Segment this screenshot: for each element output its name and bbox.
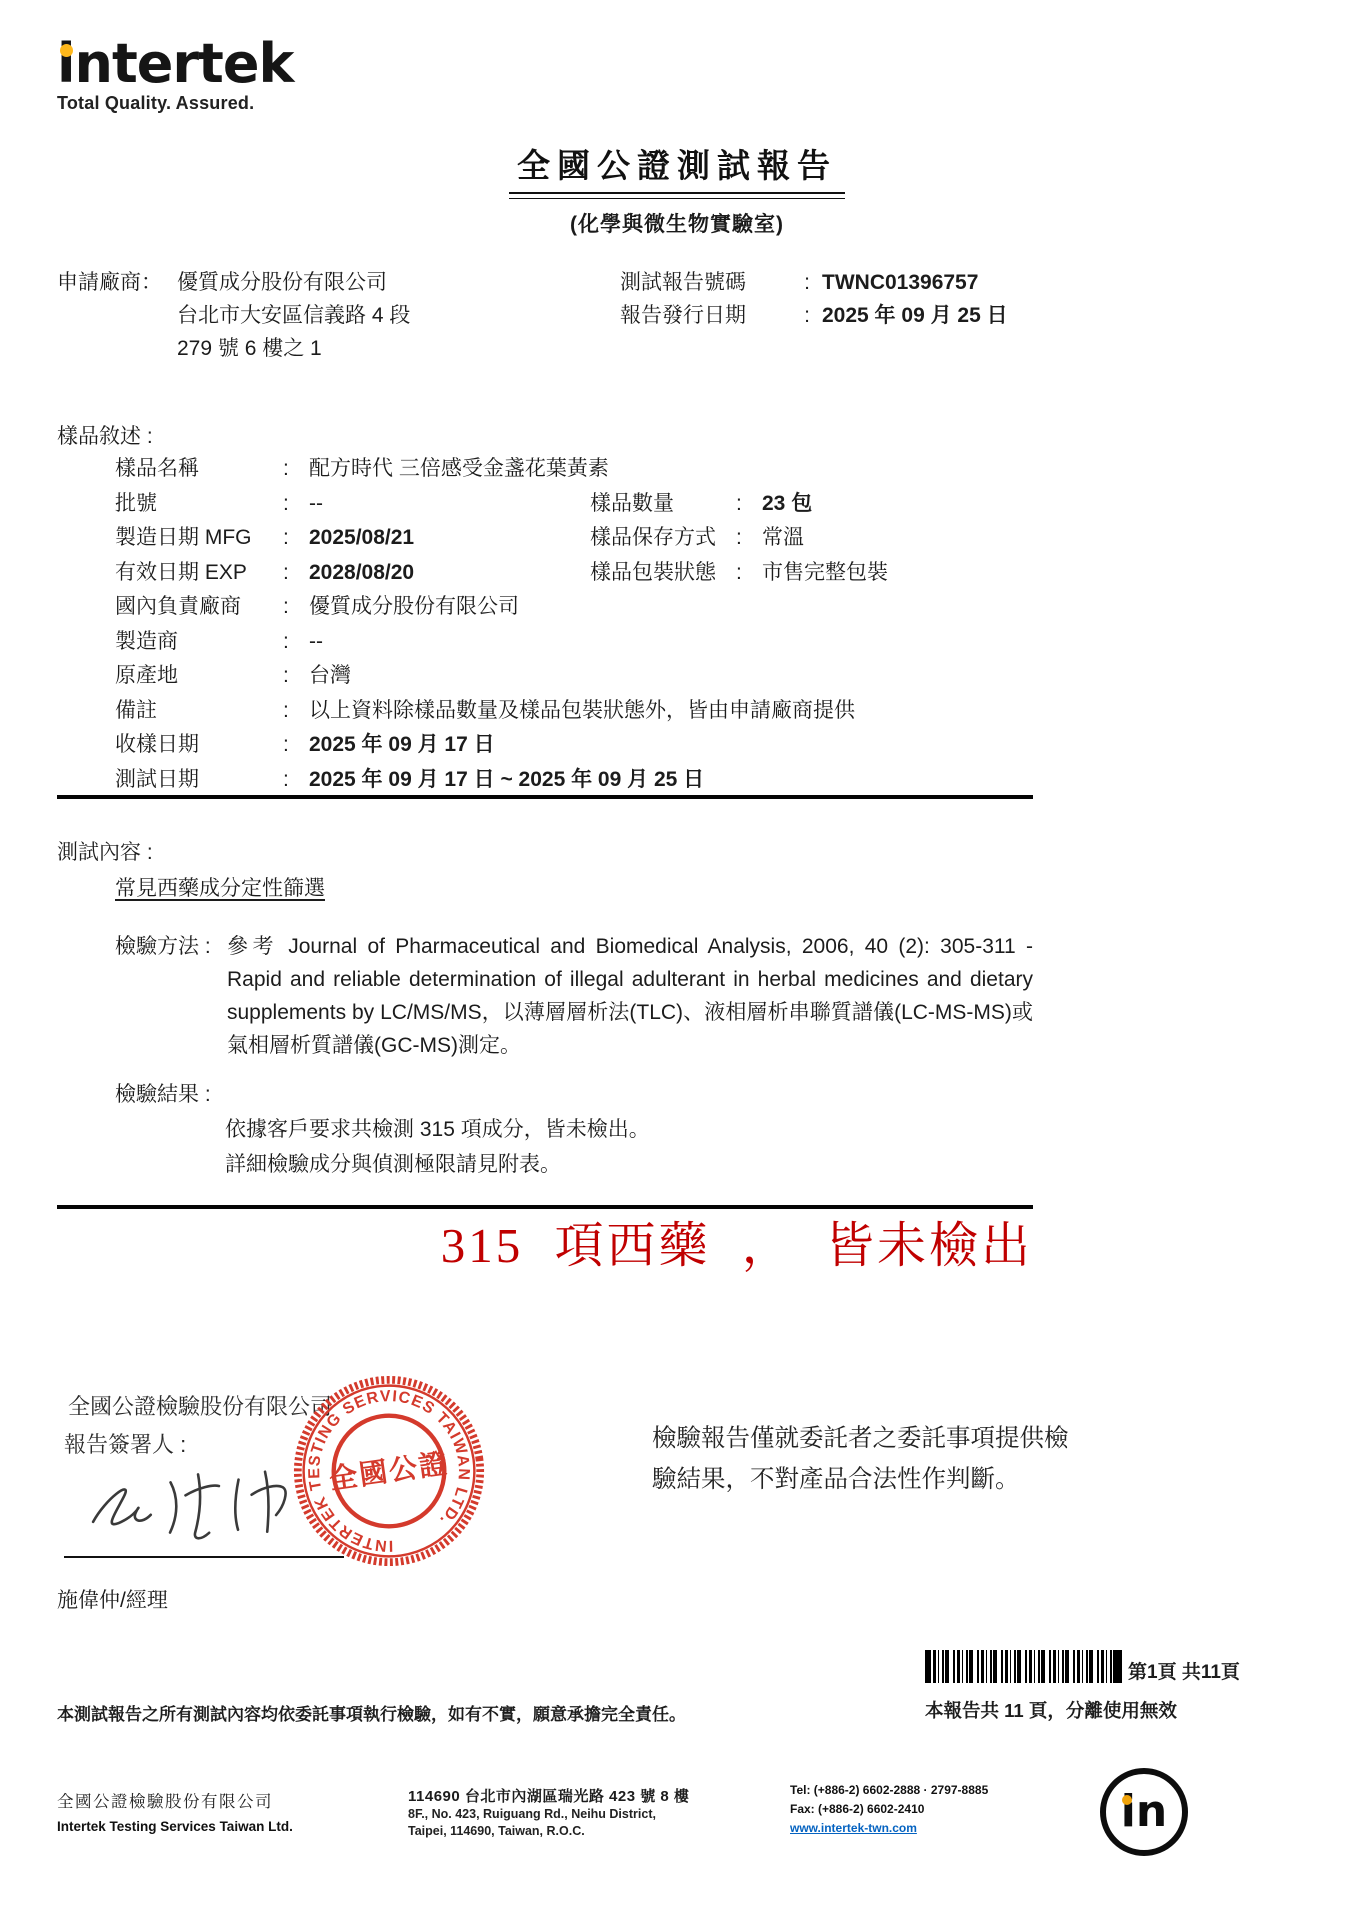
intertek-logo-text: intertek [57, 34, 293, 93]
row-label: 製造日期 MFG [115, 521, 283, 556]
sample-row-remark: 備註:以上資料除樣品數量及樣品包裝狀態外，皆由申請廠商提供 [115, 694, 1297, 729]
report-meta-block: 測試報告號碼 : TWNC01396757 報告發行日期 : 2025 年 09… [620, 266, 1008, 332]
responsibility-statement: 本測試報告之所有測試內容均依委託事項執行檢驗，如有不實，願意承擔完全責任。 [57, 1700, 897, 1725]
row-label: 製造商 [115, 625, 283, 660]
test-content-title: 測試內容 : [57, 836, 153, 866]
issue-date-value: 2025 年 09 月 25 日 [822, 299, 1008, 332]
sample-row-batch: 批號:-- 樣品數量:23 包 [115, 487, 1297, 522]
sample-section-title: 樣品敘述 : [57, 420, 153, 450]
row-label: 樣品包裝狀態 [590, 556, 736, 591]
colon: : [283, 521, 309, 556]
result-line-2: 詳細檢驗成分與偵測極限請見附表。 [225, 1147, 650, 1182]
row-label: 批號 [115, 487, 283, 522]
sample-row-origin: 原產地:台灣 [115, 659, 1297, 694]
applicant-address-1: 台北市大安區信義路 4 段 [177, 299, 410, 332]
sample-row-quantity: 樣品數量:23 包 [590, 487, 812, 522]
row-value: 以上資料除樣品數量及樣品包裝狀態外，皆由申請廠商提供 [309, 694, 855, 729]
result-lines: 依據客戶要求共檢測 315 項成分，皆未檢出。 詳細檢驗成分與偵測極限請見附表。 [225, 1112, 650, 1182]
colon: : [283, 556, 309, 591]
sample-row-packaging: 樣品包裝狀態:市售完整包裝 [590, 556, 888, 591]
logo-tagline: Total Quality. Assured. [57, 93, 293, 114]
title-block: 全國公證測試報告 (化學與微生物實驗室) [0, 140, 1354, 238]
test-report-page: intertek Total Quality. Assured. 全國公證測試報… [0, 0, 1354, 1920]
company-stamp-seal: INTERTEK TESTING SERVICES TAIWAN LTD. 全國… [279, 1361, 498, 1580]
report-disclaimer: 檢驗報告僅就委託者之委託事項提供檢驗結果，不對產品合法性作判斷。 [652, 1418, 1082, 1500]
footer-contact-block: Tel: (+886-2) 6602-2888 · 2797-8885 Fax:… [790, 1781, 988, 1838]
method-label: 檢驗方法 : [115, 930, 227, 1062]
intertek-logo-dot-icon [60, 44, 73, 57]
page-number: 第1頁 共11頁 [1128, 1657, 1240, 1684]
footer-fax: Fax: (+886-2) 6602-2410 [790, 1800, 988, 1819]
intertek-logo: intertek Total Quality. Assured. [57, 34, 293, 114]
result-line-1: 依據客戶要求共檢測 315 項成分，皆未檢出。 [225, 1112, 650, 1147]
colon: : [283, 625, 309, 660]
method-block: 檢驗方法 : 參考 Journal of Pharmaceutical and … [115, 930, 1033, 1062]
applicant-lines: 優質成分股份有限公司 台北市大安區信義路 4 段 279 號 6 樓之 1 [177, 266, 410, 365]
row-label: 有效日期 EXP [115, 556, 283, 591]
report-number-label: 測試報告號碼 [620, 266, 792, 299]
sample-rows: 樣品名稱:配方時代 三倍感受金盞花葉黃素 批號:-- 樣品數量:23 包 製造日… [115, 452, 1297, 797]
colon: : [283, 728, 309, 763]
intertek-in-circle-logo: in [1100, 1768, 1188, 1856]
colon: : [283, 659, 309, 694]
row-label: 國內負責廠商 [115, 590, 283, 625]
intertek-wordmark: intertek [57, 32, 293, 95]
report-number-value: TWNC01396757 [822, 266, 978, 299]
signer-name-title: 施偉仲/經理 [57, 1584, 168, 1614]
row-value: 常溫 [762, 521, 804, 556]
section-divider-rule [57, 795, 1033, 799]
row-value: 2028/08/20 [309, 556, 414, 591]
sample-row-exp-date: 有效日期 EXP:2028/08/20 樣品包裝狀態:市售完整包裝 [115, 556, 1297, 591]
sample-row-received-date: 收樣日期:2025 年 09 月 17 日 [115, 728, 1297, 763]
row-value: 2025 年 09 月 17 日 ~ 2025 年 09 月 25 日 [309, 763, 704, 798]
row-value: 2025 年 09 月 17 日 [309, 728, 495, 763]
row-label: 原產地 [115, 659, 283, 694]
colon: : [736, 521, 762, 556]
result-label: 檢驗結果 : [115, 1078, 211, 1108]
in-logo-dot-icon [1122, 1795, 1132, 1805]
applicant-address-2: 279 號 6 樓之 1 [177, 332, 410, 365]
footer-address-zh: 114690 台北市內湖區瑞光路 423 號 8 樓 [408, 1785, 689, 1806]
title-double-underline [509, 192, 845, 199]
red-highlight-note: 315 項西藥 ， 皆未檢出 [57, 1207, 1033, 1277]
footer-address-en-1: 8F., No. 423, Ruiguang Rd., Neihu Distri… [408, 1806, 689, 1823]
method-text: 參考 Journal of Pharmaceutical and Biomedi… [227, 930, 1033, 1062]
row-value: 23 包 [762, 487, 812, 522]
footer-company-block: 全國公證檢驗股份有限公司 Intertek Testing Services T… [57, 1788, 293, 1834]
colon: : [736, 487, 762, 522]
row-label: 樣品保存方式 [590, 521, 736, 556]
report-subtitle: (化學與微生物實驗室) [0, 208, 1354, 238]
issue-date-row: 報告發行日期 : 2025 年 09 月 25 日 [620, 299, 1008, 332]
applicant-label: 申請廠商： [57, 266, 177, 365]
sample-row-mfg-date: 製造日期 MFG:2025/08/21 樣品保存方式:常溫 [115, 521, 1297, 556]
row-label: 測試日期 [115, 763, 283, 798]
footer-address-block: 114690 台北市內湖區瑞光路 423 號 8 樓 8F., No. 423,… [408, 1785, 689, 1840]
footer-tel: Tel: (+886-2) 6602-2888 · 2797-8885 [790, 1781, 988, 1800]
row-label: 收樣日期 [115, 728, 283, 763]
footer-company-zh: 全國公證檢驗股份有限公司 [57, 1788, 293, 1812]
report-number-row: 測試報告號碼 : TWNC01396757 [620, 266, 1008, 299]
footer-company-en: Intertek Testing Services Taiwan Ltd. [57, 1819, 293, 1834]
row-label: 樣品數量 [590, 487, 736, 522]
footer-address-en-2: Taipei, 114690, Taiwan, R.O.C. [408, 1823, 689, 1840]
sample-row-domestic-vendor: 國內負責廠商:優質成分股份有限公司 [115, 590, 1297, 625]
row-value: 2025/08/21 [309, 521, 414, 556]
stamp-center-text: 全國公證 [327, 1446, 451, 1494]
colon: : [283, 763, 309, 798]
footer-website-link[interactable]: www.intertek-twn.com [790, 1819, 988, 1838]
applicant-name: 優質成分股份有限公司 [177, 266, 410, 299]
row-value: -- [309, 487, 323, 522]
report-barcode [925, 1650, 1122, 1683]
row-value: 市售完整包裝 [762, 556, 888, 591]
test-item: 常見西藥成分定性篩選 [115, 872, 325, 902]
in-logo-text: in [1121, 1790, 1167, 1834]
report-title: 全國公證測試報告 [517, 140, 837, 187]
row-value: -- [309, 625, 323, 660]
colon: : [283, 452, 309, 487]
sample-row-storage: 樣品保存方式:常溫 [590, 521, 804, 556]
integrity-note: 本報告共 11 頁，分離使用無效 [925, 1697, 1177, 1723]
meta-section: 申請廠商： 優質成分股份有限公司 台北市大安區信義路 4 段 279 號 6 樓… [57, 266, 1297, 365]
row-label: 樣品名稱 [115, 452, 283, 487]
colon: : [792, 266, 822, 299]
colon: : [283, 694, 309, 729]
sample-row-manufacturer: 製造商:-- [115, 625, 1297, 660]
colon: : [283, 487, 309, 522]
issue-date-label: 報告發行日期 [620, 299, 792, 332]
in-logo-letters: in [1121, 1786, 1167, 1837]
row-value: 優質成分股份有限公司 [309, 590, 519, 625]
sample-row-test-date: 測試日期:2025 年 09 月 17 日 ~ 2025 年 09 月 25 日 [115, 763, 1297, 798]
row-label: 備註 [115, 694, 283, 729]
row-value: 台灣 [309, 659, 351, 694]
colon: : [792, 299, 822, 332]
row-value: 配方時代 三倍感受金盞花葉黃素 [309, 452, 609, 487]
signature-underline [64, 1556, 344, 1558]
colon: : [736, 556, 762, 591]
sample-row-name: 樣品名稱:配方時代 三倍感受金盞花葉黃素 [115, 452, 1297, 487]
colon: : [283, 590, 309, 625]
